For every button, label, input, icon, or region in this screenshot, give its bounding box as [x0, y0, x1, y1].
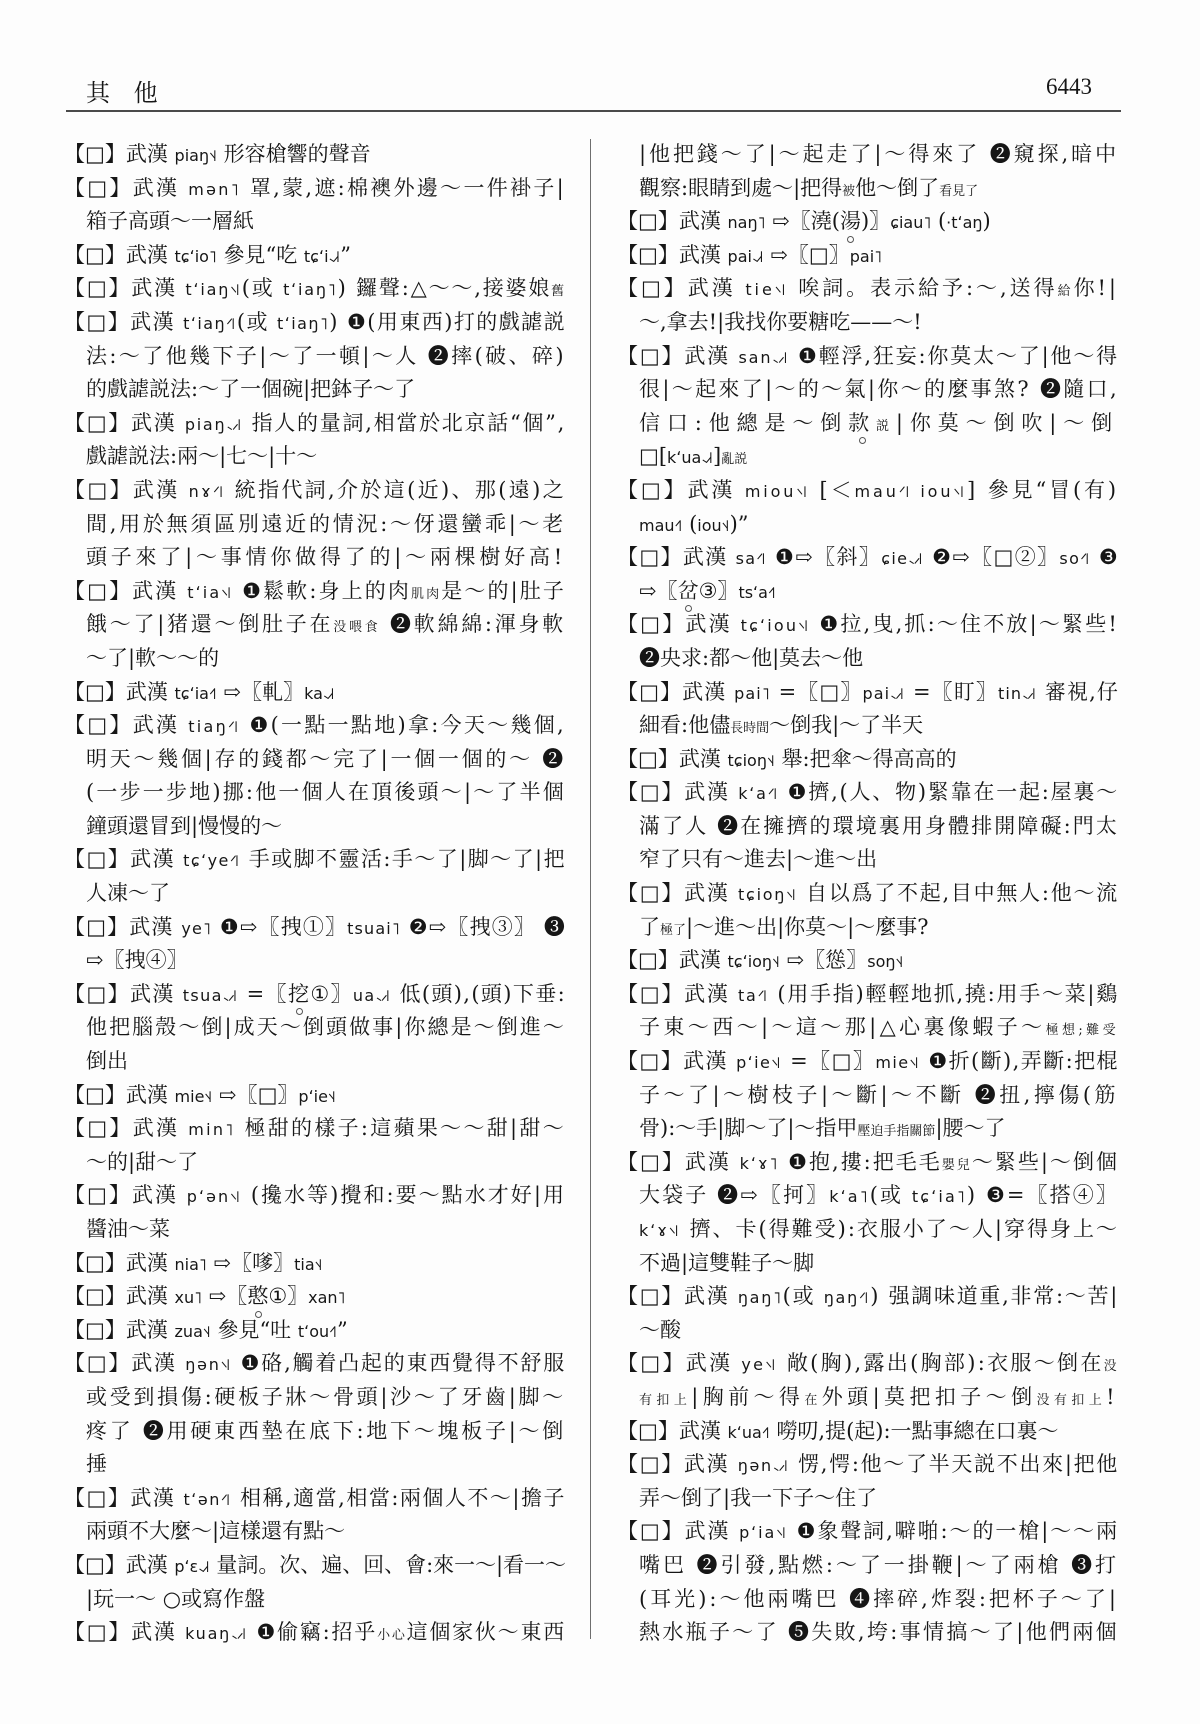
- line-text: 【□】武漢 pʻən˦˨ (攙水等)攪和:要～點水才好|用: [64, 1179, 566, 1214]
- entry-continuation-line: ～,拿去!|我找你要糖吃——～!: [617, 306, 1119, 340]
- entry-continuation-line: mau˧˥ (iou˦˨)”: [617, 508, 1119, 542]
- entry-continuation-line: (耳光):～他兩嘴巴 ❹摔碎,炸裂:把杯子～了|: [617, 1583, 1119, 1617]
- line-text: 【□】武漢 mie˦˨ ⇨〖□〗pʻie˦˨: [64, 1079, 336, 1114]
- line-text: |他把錢～了|～起走了|～得來了 ❷窺探,暗中: [639, 138, 1119, 172]
- entry-continuation-line: 明天～幾個|存的錢都～完了|一個一個的～ ❷: [64, 743, 566, 777]
- entry-continuation-line: 弄～倒了|我一下子～住了: [617, 1482, 1119, 1516]
- line-text: 【□】武漢 pʻie˦˨ =〖□〗mie˦˨ ❶折(斷),弄斷:把棍: [617, 1045, 1119, 1080]
- line-text: 【□】武漢 pʻɛ˨˩˧ 量詞。次、遍、回、會:來一～|看一～: [64, 1549, 566, 1584]
- entry-start-line: 【□】武漢 tsua˨˩˧ =〖挖①〗ua˨˩˧ 低(頭),(頭)下垂:: [64, 978, 566, 1012]
- line-text: 法:～了他幾下子|～了一頓|～人 ❷摔(破、碎): [86, 340, 566, 374]
- line-text: 【□】武漢 sa˧˥ ❶⇨〖斜〗ɕie˨˩˧ ❷⇨〖□②〗so˧˥ ❸: [617, 541, 1119, 576]
- gloss-annotation: 没有扣上: [1037, 1393, 1107, 1408]
- line-text: 疼了 ❷用硬東西墊在底下:地下～塊板子|～倒: [86, 1415, 566, 1449]
- ipa-pronunciation: naŋ˥: [728, 213, 766, 232]
- gloss-annotation: 在: [804, 1393, 821, 1408]
- entry-continuation-line: 很|～起來了|～的～氣|你～的麼事煞? ❷隨口,: [617, 373, 1119, 407]
- line-text: 【□】武漢 nɤ˧˥ 統指代詞,介於這(近)、那(遠)之: [64, 474, 566, 509]
- ipa-pronunciation: ye˦˨: [741, 1355, 777, 1374]
- entry-start-line: 【□】武漢 sa˧˥ ❶⇨〖斜〗ɕie˨˩˧ ❷⇨〖□②〗so˧˥ ❸: [617, 541, 1119, 575]
- line-text: ～酸: [639, 1314, 681, 1348]
- line-text: 捶: [86, 1448, 107, 1482]
- entry-start-line: 【□】武漢 tɕʻiou˦˨ ❶拉,曳,抓:～住不放|～緊些!: [617, 608, 1119, 642]
- ipa-pronunciation: tʻou˧˥: [298, 1322, 337, 1341]
- line-text: 【□】武漢 tɕʻia˧˥ ⇨〖軋〗ka˨˩˧: [64, 676, 335, 711]
- entry-start-line: 【□】武漢 tʻiaŋ˦˨(或 tʻiaŋ˥) 鑼聲:△～～,接婆娘舊: [64, 272, 566, 306]
- line-text: 【□】武漢 tɕioŋ˦˨ 舉:把傘～得高高的: [617, 743, 957, 778]
- ipa-pronunciation: tsʻa˧˥: [738, 583, 775, 602]
- entry-continuation-line: |他把錢～了|～起走了|～得來了 ❷窺探,暗中: [617, 138, 1119, 172]
- entry-continuation-line: 兩頭不大麼～|這樣還有點～: [64, 1515, 566, 1549]
- line-text: 箱子高頭～一層紙: [86, 205, 254, 239]
- entry-start-line: 【□】武漢 tɕioŋ˦˨ 舉:把傘～得高高的: [617, 743, 1119, 777]
- ipa-pronunciation: min˥: [188, 1120, 235, 1139]
- entry-continuation-line: ～酸: [617, 1314, 1119, 1348]
- entry-start-line: 【□】武漢 pʻia˦˨ ❶象聲詞,噼啪:～的一槍|～～兩: [617, 1515, 1119, 1549]
- ipa-pronunciation: tsuai˥: [347, 919, 401, 938]
- ipa-pronunciation: tɕʻia˧˥: [175, 684, 217, 703]
- line-text: 大袋子 ❷⇨〖抲〗kʻa˥(或 tɕʻia˥) ❸=〖搭④〗: [639, 1179, 1119, 1214]
- entry-continuation-line: 熱水瓶子～了 ❺失敗,垮:事情搞～了|他們兩個: [617, 1616, 1119, 1650]
- ipa-pronunciation: ye˥: [181, 919, 212, 938]
- circle-marked-character: 挖: [288, 978, 310, 1012]
- ipa-pronunciation: mie˦˨: [175, 1087, 213, 1106]
- ipa-pronunciation: soŋ˦˨: [867, 952, 903, 971]
- entry-continuation-line: 骨):～手|脚～了|～指甲壓迫手指關節|腰～了: [617, 1112, 1119, 1146]
- entry-continuation-line: 戲謔説法:兩～|七～|十～: [64, 440, 566, 474]
- ipa-pronunciation: miou˦˨: [745, 482, 810, 501]
- line-text: 他把腦殼～倒|成天～倒頭做事|你總是～倒進～: [86, 1011, 566, 1045]
- line-text: 【□】武漢 kʻɤ˥ ❶抱,摟:把毛毛嬰兒～緊些|～倒個: [617, 1146, 1119, 1183]
- line-text: 【□】武漢 tiaŋ˧˥ ❶(一點一點地)拿:今天～幾個,: [64, 709, 566, 744]
- ipa-pronunciation: ŋən˨˩˧: [738, 1456, 790, 1475]
- entry-start-line: 【□】武漢 naŋ˥ ⇨〖澆(湯)〗ɕiau˥ (·tʻaŋ): [617, 205, 1119, 239]
- line-text: 【□】武漢 tie˦˨ 唉詞。表示給予:～,送得給你!|: [617, 272, 1119, 309]
- ipa-pronunciation: tɕioŋ˦˨: [738, 885, 798, 904]
- line-text: 了極了|～進～出|你莫～|～麼事?: [639, 911, 929, 948]
- entry-start-line: 【□】武漢 nɤ˧˥ 統指代詞,介於這(近)、那(遠)之: [64, 474, 566, 508]
- line-text: 【□】武漢 nia˥ ⇨〖嗲〗tia˦˨: [64, 1247, 323, 1282]
- line-text: 倒出: [86, 1045, 128, 1079]
- gloss-annotation: 説: [876, 419, 896, 434]
- line-text: 子～了|～樹枝子|～斷|～不斷 ❷扭,擰傷(筋: [639, 1079, 1119, 1113]
- line-text: 不過|這雙鞋子～脚: [639, 1247, 814, 1281]
- line-text: 【□】武漢 pai˨˩˧ ⇨〖□〗pai˥: [617, 239, 882, 274]
- ipa-pronunciation: tia˦˨: [294, 1255, 322, 1274]
- circle-marked-character: 憨: [247, 1280, 268, 1314]
- entry-start-line: 【□】武漢 mən˥ 罩,蒙,遮:棉襖外邊～一件褂子|: [64, 172, 566, 206]
- ipa-pronunciation: tie˦˨: [745, 280, 788, 299]
- ipa-pronunciation: kʻa˥: [829, 1187, 869, 1206]
- line-text: 很|～起來了|～的～氣|你～的麼事煞? ❷隨口,: [639, 373, 1119, 407]
- line-text: 或受到損傷:硬板子牀～骨頭|沙～了牙齒|脚～: [86, 1381, 566, 1415]
- entry-continuation-line: 了極了|～進～出|你莫～|～麼事?: [617, 911, 1119, 945]
- ipa-pronunciation: pai˨˩˧: [862, 684, 905, 703]
- entry-start-line: 【□】武漢 kʻɤ˥ ❶抱,摟:把毛毛嬰兒～緊些|～倒個: [617, 1146, 1119, 1180]
- ipa-pronunciation: xan˥: [308, 1288, 345, 1307]
- ipa-pronunciation: piaŋ˦˨: [175, 146, 217, 165]
- entry-continuation-line: 大袋子 ❷⇨〖抲〗kʻa˥(或 tɕʻia˥) ❸=〖搭④〗: [617, 1179, 1119, 1213]
- entry-continuation-line: ～了|軟～～的: [64, 642, 566, 676]
- header-rule-divider: [66, 110, 1121, 112]
- entry-continuation-line: 或受到損傷:硬板子牀～骨頭|沙～了牙齒|脚～: [64, 1381, 566, 1415]
- entry-continuation-line: 不過|這雙鞋子～脚: [617, 1247, 1119, 1281]
- line-text: ～了|軟～～的: [86, 642, 219, 676]
- entry-start-line: 【□】武漢 kuaŋ˨˩˧ ❶偷竊:招乎小心這個家伙～東西: [64, 1616, 566, 1650]
- line-text: 鐘頭還冒到|慢慢的～: [86, 810, 282, 844]
- entry-continuation-line: 觀察:眼睛到處～|把得被他～倒了看見了: [617, 172, 1119, 206]
- line-text: 觀察:眼睛到處～|把得被他～倒了看見了: [639, 172, 978, 209]
- dictionary-page: 其 他 6443 【□】武漢 piaŋ˦˨ 形容槍響的聲音【□】武漢 mən˥ …: [0, 0, 1200, 1724]
- ipa-pronunciation: tɕʻi˨˩˧: [304, 247, 340, 266]
- ipa-pronunciation: tɕʻioŋ˦˨: [728, 952, 780, 971]
- line-text: 【□】武漢 ŋən˨˩˧ 愣,愕:他～了半天説不出來|把他: [617, 1448, 1119, 1483]
- ipa-pronunciation: tɕʻia˥: [912, 1187, 967, 1206]
- line-text: 【□】武漢 tɕʻioŋ˦˨ ⇨〖慫〗soŋ˦˨: [617, 944, 903, 979]
- right-column: |他把錢～了|～起走了|～得來了 ❷窺探,暗中觀察:眼睛到處～|把得被他～倒了看…: [617, 138, 1119, 1650]
- entry-continuation-line: ❷央求:都～他|莫去～他: [617, 642, 1119, 676]
- ipa-pronunciation: pai˥: [734, 684, 771, 703]
- line-text: ⇨〖拽④〗: [86, 944, 188, 978]
- entry-start-line: 【□】武漢 tʻiaŋ˧˥(或 tʻiaŋ˥) ❶(用東西)打的戲謔説: [64, 306, 566, 340]
- line-text: 【□】武漢 tʻiaŋ˦˨(或 tʻiaŋ˥) 鑼聲:△～～,接婆娘舊: [64, 272, 566, 309]
- line-text: 明天～幾個|存的錢都～完了|一個一個的～ ❷: [86, 743, 566, 777]
- line-text: 【□】武漢 ta˧˥ (用手指)輕輕地抓,撓:用手～菜|鷄: [617, 978, 1119, 1013]
- ipa-pronunciation: tin˨˩˧: [998, 684, 1037, 703]
- line-text: 【□】武漢 san˨˩˧ ❶輕浮,狂妄:你莫太～了|他～得: [617, 340, 1119, 375]
- line-text: 【□】武漢 tɕʻio˥ 參見“吃 tɕʻi˨˩˧”: [64, 239, 351, 274]
- line-text: 弄～倒了|我一下子～住了: [639, 1482, 877, 1516]
- line-text: 滿了人 ❷在擁擠的環境裏用身體排開障礙:門太: [639, 810, 1119, 844]
- entry-start-line: 【□】武漢 pʻɛ˨˩˧ 量詞。次、遍、回、會:來一～|看一～: [64, 1549, 566, 1583]
- ipa-pronunciation: sa˧˥: [736, 549, 767, 568]
- line-text: □[kʻua˨˩˧]亂説: [639, 440, 747, 477]
- gloss-annotation: 小心: [377, 1628, 407, 1643]
- entry-continuation-line: 窄了只有～進去|～進～出: [617, 843, 1119, 877]
- ipa-pronunciation: kʻɤ˥: [740, 1154, 780, 1173]
- ipa-pronunciation: tʻiaŋ˧˥: [183, 314, 237, 333]
- gloss-annotation: 被: [842, 184, 855, 199]
- gloss-annotation: 給: [1058, 284, 1074, 299]
- ipa-pronunciation: tɕʻiou˦˨: [741, 616, 811, 635]
- entry-start-line: 【□】武漢 tiaŋ˧˥ ❶(一點一點地)拿:今天～幾個,: [64, 709, 566, 743]
- ipa-pronunciation: pʻən˦˨: [187, 1187, 242, 1206]
- ipa-pronunciation: kʻa˧˥: [738, 784, 779, 803]
- entry-start-line: 【□】武漢 piaŋ˦˨ 形容槍響的聲音: [64, 138, 566, 172]
- line-text: 嘴巴 ❷引發,點燃:～了一掛鞭|～了兩槍 ❸打: [639, 1549, 1119, 1583]
- ipa-pronunciation: ɕiau˥: [890, 213, 931, 232]
- line-text: 人凍～了: [86, 877, 170, 911]
- ipa-pronunciation: piaŋ˨˩˧: [185, 415, 243, 434]
- line-text: 【□】武漢 piaŋ˨˩˧ 指人的量詞,相當於北京話“個”,: [64, 407, 566, 442]
- line-text: 【□】武漢 xu˥ ⇨〖憨①〗xan˥: [64, 1280, 345, 1315]
- entry-continuation-line: 醬油～菜: [64, 1213, 566, 1247]
- line-text: 的戲謔説法:～了一個碗|把鉢子～了: [86, 373, 415, 407]
- line-text: 窄了只有～進去|～進～出: [639, 843, 877, 877]
- entry-start-line: 【□】武漢 xu˥ ⇨〖憨①〗xan˥: [64, 1280, 566, 1314]
- line-text: (耳光):～他兩嘴巴 ❹摔碎,炸裂:把杯子～了|: [639, 1583, 1119, 1617]
- ipa-pronunciation: xu˥: [175, 1288, 203, 1307]
- gloss-annotation: 肌肉: [411, 587, 441, 602]
- line-text: (一步一步地)挪:他一個人在頂後頭～|～了半個: [86, 776, 566, 810]
- left-column: 【□】武漢 piaŋ˦˨ 形容槍響的聲音【□】武漢 mən˥ 罩,蒙,遮:棉襖外…: [64, 138, 566, 1650]
- entry-start-line: 【□】武漢 san˨˩˧ ❶輕浮,狂妄:你莫太～了|他～得: [617, 340, 1119, 374]
- entry-start-line: 【□】武漢 tie˦˨ 唉詞。表示給予:～,送得給你!|: [617, 272, 1119, 306]
- line-text: 【□】武漢 ye˦˨ 敞(胸),露出(胸部):衣服～倒在没: [617, 1347, 1119, 1384]
- entry-continuation-line: 疼了 ❷用硬東西墊在底下:地下～塊板子|～倒: [64, 1415, 566, 1449]
- circle-marked-character: 岔: [678, 575, 699, 609]
- ipa-pronunciation: pai˥: [850, 247, 882, 266]
- line-text: kʻɤ˦˨ 擠、卡(得難受):衣服小了～人|穿得身上～: [639, 1213, 1119, 1248]
- entry-continuation-line: 子東～西～|～這～那|△心裏像蝦子～極想;難受: [617, 1011, 1119, 1045]
- ipa-pronunciation: so˧˥: [1059, 549, 1090, 568]
- line-text: 【□】武漢 tʻia˦˨ ❶鬆軟:身上的肉肌肉是～的|肚子: [64, 575, 566, 612]
- ipa-pronunciation: pʻie˦˨: [736, 1053, 782, 1072]
- entry-continuation-line: 的戲謔説法:～了一個碗|把鉢子～了: [64, 373, 566, 407]
- entry-start-line: 【□】武漢 tɕioŋ˦˨ 自以爲了不起,目中無人:他～流: [617, 877, 1119, 911]
- entry-continuation-line: 法:～了他幾下子|～了一頓|～人 ❷摔(破、碎): [64, 340, 566, 374]
- entry-start-line: 【□】武漢 mie˦˨ ⇨〖□〗pʻie˦˨: [64, 1079, 566, 1113]
- line-text: ⇨〖岔③〗tsʻa˧˥: [639, 575, 776, 610]
- line-text: 骨):～手|脚～了|～指甲壓迫手指關節|腰～了: [639, 1112, 1006, 1149]
- circle-marked-character: 湯: [840, 205, 861, 239]
- line-text: 【□】武漢 ŋaŋ˥(或 ŋaŋ˧˥) 强調味道重,非常:～苦|: [617, 1280, 1119, 1315]
- entry-continuation-line: □[kʻua˨˩˧]亂説: [617, 440, 1119, 474]
- line-text: 【□】武漢 ye˥ ❶⇨〖拽①〗tsuai˥ ❷⇨〖拽③〗 ❸: [64, 911, 566, 946]
- line-text: 兩頭不大麼～|這樣還有點～: [86, 1515, 345, 1549]
- entry-start-line: 【□】武漢 zua˦˨ 參見“吐 tʻou˧˥”: [64, 1314, 566, 1348]
- line-text: 【□】武漢 kuaŋ˨˩˧ ❶偷竊:招乎小心這個家伙～東西: [64, 1616, 566, 1653]
- ipa-pronunciation: kʻɤ˦˨: [639, 1221, 681, 1240]
- ipa-pronunciation: san˨˩˧: [739, 348, 790, 367]
- ipa-pronunciation: tʻiaŋ˥: [283, 280, 338, 299]
- line-text: ～的|甜～了: [86, 1146, 198, 1180]
- ipa-pronunciation: mən˥: [188, 180, 241, 199]
- entry-start-line: 【□】武漢 ta˧˥ (用手指)輕輕地抓,撓:用手～菜|鷄: [617, 978, 1119, 1012]
- entry-continuation-line: 餓～了|猪還～倒肚子在没喂食 ❷軟綿綿:渾身軟: [64, 608, 566, 642]
- ipa-pronunciation: ɕie˨˩˧: [881, 549, 924, 568]
- line-text: 【□】武漢 kʻa˧˥ ❶擠,(人、物)緊靠在一起:屋裏～: [617, 776, 1119, 811]
- entry-continuation-line: 嘴巴 ❷引發,點燃:～了一掛鞭|～了兩槍 ❸打: [617, 1549, 1119, 1583]
- entry-start-line: 【□】武漢 kʻua˧˥ 嘮叨,提(起):一點事總在口裏～: [617, 1415, 1119, 1449]
- entry-start-line: 【□】武漢 ye˥ ❶⇨〖拽①〗tsuai˥ ❷⇨〖拽③〗 ❸: [64, 911, 566, 945]
- ipa-pronunciation: zua˦˨: [175, 1322, 211, 1341]
- gloss-annotation: 舊: [551, 284, 566, 299]
- entry-start-line: 【□】武漢 ye˦˨ 敞(胸),露出(胸部):衣服～倒在没: [617, 1347, 1119, 1381]
- gloss-annotation: 極想;難受: [1046, 1023, 1119, 1038]
- entry-start-line: 【□】武漢 kʻa˧˥ ❶擠,(人、物)緊靠在一起:屋裏～: [617, 776, 1119, 810]
- line-text: 子東～西～|～這～那|△心裏像蝦子～極想;難受: [639, 1011, 1119, 1048]
- entry-start-line: 【□】武漢 tɕʻye˧˥ 手或脚不靈活:手～了|脚～了|把: [64, 843, 566, 877]
- running-header-section-title: 其 他: [86, 78, 166, 108]
- line-text: 頭子來了|～事情你做得了的|～兩棵樹好高!: [86, 541, 566, 575]
- entry-continuation-line: 人凍～了: [64, 877, 566, 911]
- ipa-pronunciation: ŋaŋ˧˥: [824, 1288, 871, 1307]
- entry-start-line: 【□】武漢 tʻən˧˥ 相稱,適當,相當:兩個人不～|擔子: [64, 1482, 566, 1516]
- ipa-pronunciation: mau˧˥ iou˦˨: [855, 482, 968, 501]
- line-text: ❷央求:都～他|莫去～他: [639, 642, 863, 676]
- gloss-annotation: 没: [1104, 1359, 1119, 1374]
- ipa-pronunciation: pʻɛ˨˩˧: [174, 1557, 209, 1576]
- entry-continuation-line: 細看:他儘長時間～倒我|～了半天: [617, 709, 1119, 743]
- ipa-pronunciation: pʻia˦˨: [739, 1523, 788, 1542]
- line-text: 【□】武漢 pʻia˦˨ ❶象聲詞,噼啪:～的一槍|～～兩: [617, 1515, 1119, 1550]
- line-text: 【□】武漢 min˥ 極甜的樣子:這蘋果～～甜|甜～: [64, 1112, 566, 1147]
- line-text: |玩一～ ○或寫作盤: [86, 1583, 265, 1617]
- line-text: 【□】武漢 pai˥ =〖□〗pai˨˩˧ =〖盯〗tin˨˩˧ 審視,仔: [617, 676, 1119, 711]
- column-separator-divider: [590, 139, 591, 1639]
- entry-continuation-line: 捶: [64, 1448, 566, 1482]
- line-text: 【□】武漢 kʻua˧˥ 嘮叨,提(起):一點事總在口裏～: [617, 1415, 1059, 1450]
- line-text: 【□】武漢 tɕʻye˧˥ 手或脚不靈活:手～了|脚～了|把: [64, 843, 566, 878]
- gloss-annotation: 壓迫手指關節: [857, 1124, 935, 1139]
- entry-continuation-line: 子～了|～樹枝子|～斷|～不斷 ❷扭,擰傷(筋: [617, 1079, 1119, 1113]
- ipa-pronunciation: tsua˨˩˧: [183, 986, 239, 1005]
- entry-start-line: 【□】武漢 min˥ 極甜的樣子:這蘋果～～甜|甜～: [64, 1112, 566, 1146]
- ipa-pronunciation: nɤ˧˥: [189, 482, 226, 501]
- line-text: 【□】武漢 ŋən˦˨ ❶硌,觸着凸起的東西覺得不舒服: [64, 1347, 566, 1382]
- entry-continuation-line: |玩一～ ○或寫作盤: [64, 1583, 566, 1617]
- line-text: 有扣上|胸前～得在外頭|莫把扣子～倒没有扣上!: [639, 1381, 1119, 1418]
- line-text: 餓～了|猪還～倒肚子在没喂食 ❷軟綿綿:渾身軟: [86, 608, 566, 645]
- ipa-pronunciation: tʻiaŋ˥: [277, 314, 329, 333]
- entry-start-line: 【□】武漢 miou˦˨ [＜mau˧˥ iou˦˨] 參見“冒(有): [617, 474, 1119, 508]
- gloss-annotation: 看見了: [939, 184, 978, 199]
- ipa-pronunciation: tɕʻio˥: [175, 247, 217, 266]
- ipa-pronunciation: kʻua˧˥: [728, 1423, 770, 1442]
- entry-continuation-line: ～的|甜～了: [64, 1146, 566, 1180]
- ipa-pronunciation: kuaŋ˨˩˧: [185, 1624, 248, 1643]
- ipa-pronunciation: ŋaŋ˥: [738, 1288, 783, 1307]
- ipa-pronunciation: ua˨˩˧: [353, 986, 391, 1005]
- entry-start-line: 【□】武漢 tɕʻioŋ˦˨ ⇨〖慫〗soŋ˦˨: [617, 944, 1119, 978]
- ipa-pronunciation: pʻie˦˨: [298, 1087, 335, 1106]
- entry-start-line: 【□】武漢 pai˨˩˧ ⇨〖□〗pai˥: [617, 239, 1119, 273]
- ipa-pronunciation: ka˨˩˧: [304, 684, 334, 703]
- line-text: 【□】武漢 naŋ˥ ⇨〖澆(湯)〗ɕiau˥ (·tʻaŋ): [617, 205, 991, 240]
- entry-start-line: 【□】武漢 tɕʻia˧˥ ⇨〖軋〗ka˨˩˧: [64, 676, 566, 710]
- ipa-pronunciation: ta˧˥: [738, 986, 769, 1005]
- entry-start-line: 【□】武漢 tʻia˦˨ ❶鬆軟:身上的肉肌肉是～的|肚子: [64, 575, 566, 609]
- line-text: 【□】武漢 tʻiaŋ˧˥(或 tʻiaŋ˥) ❶(用東西)打的戲謔説: [64, 306, 566, 341]
- entry-continuation-line: (一步一步地)挪:他一個人在頂後頭～|～了半個: [64, 776, 566, 810]
- entry-start-line: 【□】武漢 ŋən˦˨ ❶硌,觸着凸起的東西覺得不舒服: [64, 1347, 566, 1381]
- circle-marked-character: 款: [848, 407, 876, 441]
- entry-continuation-line: 鐘頭還冒到|慢慢的～: [64, 810, 566, 844]
- line-text: ～,拿去!|我找你要糖吃——～!: [639, 306, 922, 340]
- ipa-pronunciation: tʻiaŋ˦˨: [185, 280, 241, 299]
- ipa-pronunciation: ŋən˦˨: [185, 1355, 232, 1374]
- entry-continuation-line: 倒出: [64, 1045, 566, 1079]
- ipa-pronunciation: kʻua˨˩˧: [667, 448, 713, 467]
- line-text: 戲謔説法:兩～|七～|十～: [86, 440, 317, 474]
- ipa-pronunciation: tʻia˦˨: [187, 583, 233, 602]
- ipa-pronunciation: tɕʻye˧˥: [183, 851, 240, 870]
- ipa-pronunciation: nia˥: [175, 1255, 207, 1274]
- entry-continuation-line: 間,用於無須區別遠近的情況:～伢還蠻乖|～老: [64, 508, 566, 542]
- entry-continuation-line: ⇨〖岔③〗tsʻa˧˥: [617, 575, 1119, 609]
- entry-continuation-line: 信口:他總是～倒款説|你莫～倒吹|～倒: [617, 407, 1119, 441]
- ipa-pronunciation: mie˦˨: [875, 1053, 920, 1072]
- gloss-annotation: 有扣上: [639, 1393, 691, 1408]
- entry-start-line: 【□】武漢 pʻie˦˨ =〖□〗mie˦˨ ❶折(斷),弄斷:把棍: [617, 1045, 1119, 1079]
- entry-continuation-line: 頭子來了|～事情你做得了的|～兩棵樹好高!: [64, 541, 566, 575]
- ipa-pronunciation: pai˨˩˧: [728, 247, 764, 266]
- entry-start-line: 【□】武漢 pʻən˦˨ (攙水等)攪和:要～點水才好|用: [64, 1179, 566, 1213]
- line-text: 信口:他總是～倒款説|你莫～倒吹|～倒: [639, 407, 1119, 444]
- entry-start-line: 【□】武漢 tɕʻio˥ 參見“吃 tɕʻi˨˩˧”: [64, 239, 566, 273]
- page-number: 6443: [1046, 72, 1092, 102]
- entry-start-line: 【□】武漢 ŋən˨˩˧ 愣,愕:他～了半天説不出來|把他: [617, 1448, 1119, 1482]
- entry-continuation-line: 滿了人 ❷在擁擠的環境裏用身體排開障礙:門太: [617, 810, 1119, 844]
- entry-continuation-line: 有扣上|胸前～得在外頭|莫把扣子～倒没有扣上!: [617, 1381, 1119, 1415]
- entry-start-line: 【□】武漢 piaŋ˨˩˧ 指人的量詞,相當於北京話“個”,: [64, 407, 566, 441]
- ipa-pronunciation: mau˧˥: [639, 516, 682, 535]
- ipa-pronunciation: tɕioŋ˦˨: [728, 751, 775, 770]
- entry-start-line: 【□】武漢 nia˥ ⇨〖嗲〗tia˦˨: [64, 1247, 566, 1281]
- line-text: mau˧˥ (iou˦˨)”: [639, 508, 749, 543]
- line-text: 間,用於無須區別遠近的情況:～伢還蠻乖|～老: [86, 508, 566, 542]
- line-text: 細看:他儘長時間～倒我|～了半天: [639, 709, 923, 746]
- line-text: 【□】武漢 piaŋ˦˨ 形容槍響的聲音: [64, 138, 371, 173]
- entry-continuation-line: 箱子高頭～一層紙: [64, 205, 566, 239]
- line-text: 【□】武漢 miou˦˨ [＜mau˧˥ iou˦˨] 參見“冒(有): [617, 474, 1119, 509]
- ipa-pronunciation: tʻən˧˥: [184, 1490, 232, 1509]
- ipa-pronunciation: ·tʻaŋ: [946, 213, 982, 232]
- entry-start-line: 【□】武漢 pai˥ =〖□〗pai˨˩˧ =〖盯〗tin˨˩˧ 審視,仔: [617, 676, 1119, 710]
- line-text: 【□】武漢 mən˥ 罩,蒙,遮:棉襖外邊～一件褂子|: [64, 172, 566, 207]
- gloss-annotation: 長時間: [730, 721, 769, 736]
- ipa-pronunciation: tiaŋ˧˥: [188, 717, 240, 736]
- line-text: 【□】武漢 zua˦˨ 參見“吐 tʻou˧˥”: [64, 1314, 348, 1349]
- line-text: 熱水瓶子～了 ❺失敗,垮:事情搞～了|他們兩個: [639, 1616, 1119, 1650]
- ipa-pronunciation: iou˦˨: [697, 516, 729, 535]
- line-text: 【□】武漢 tʻən˧˥ 相稱,適當,相當:兩個人不～|擔子: [64, 1482, 566, 1517]
- line-text: 醬油～菜: [86, 1213, 170, 1247]
- entry-continuation-line: kʻɤ˦˨ 擠、卡(得難受):衣服小了～人|穿得身上～: [617, 1213, 1119, 1247]
- entry-continuation-line: 他把腦殼～倒|成天～倒頭做事|你總是～倒進～: [64, 1011, 566, 1045]
- entry-start-line: 【□】武漢 ŋaŋ˥(或 ŋaŋ˧˥) 强調味道重,非常:～苦|: [617, 1280, 1119, 1314]
- line-text: 【□】武漢 tsua˨˩˧ =〖挖①〗ua˨˩˧ 低(頭),(頭)下垂:: [64, 978, 566, 1013]
- gloss-annotation: 極了: [660, 923, 686, 938]
- entry-continuation-line: ⇨〖拽④〗: [64, 944, 566, 978]
- gloss-annotation: 嬰兒: [942, 1158, 972, 1173]
- line-text: 【□】武漢 tɕioŋ˦˨ 自以爲了不起,目中無人:他～流: [617, 877, 1119, 912]
- gloss-annotation: 没喂食: [333, 620, 380, 635]
- line-text: 【□】武漢 tɕʻiou˦˨ ❶拉,曳,抓:～住不放|～緊些!: [617, 608, 1119, 643]
- gloss-annotation: 亂説: [721, 452, 747, 467]
